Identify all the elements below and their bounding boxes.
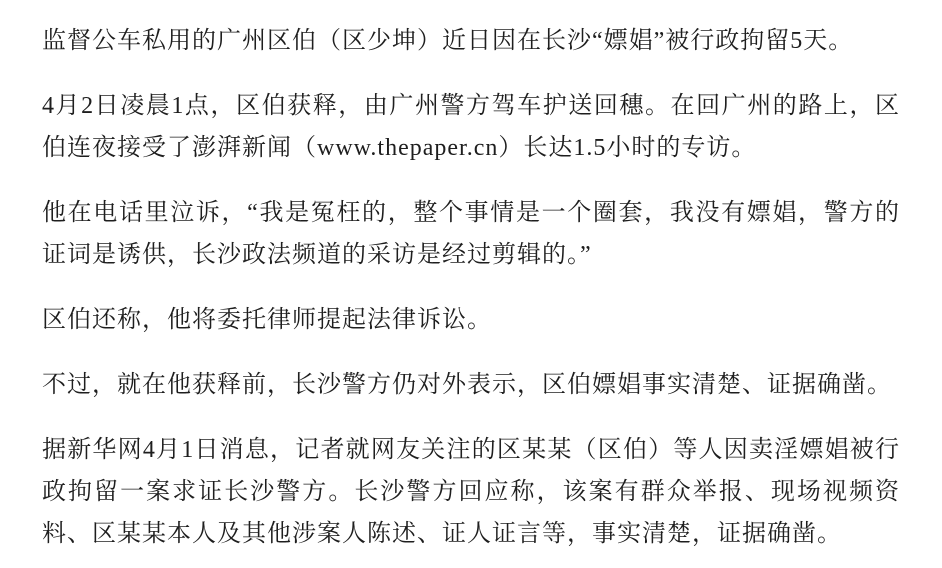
article-paragraph-police-statement: 不过，就在他获释前，长沙警方仍对外表示，区伯嫖娼事实清楚、证据确凿。 <box>42 364 900 406</box>
article-paragraph-release: 4月2日凌晨1点，区伯获释，由广州警方驾车护送回穗。在回广州的路上，区伯连夜接受… <box>42 85 900 169</box>
article-paragraph-lead: 监督公车私用的广州区伯（区少坤）近日因在长沙“嫖娼”被行政拘留5天。 <box>42 20 900 62</box>
article-paragraph-lawsuit: 区伯还称，他将委托律师提起法律诉讼。 <box>42 299 900 341</box>
article-paragraph-quote: 他在电话里泣诉，“我是冤枉的，整个事情是一个圈套，我没有嫖娼，警方的证词是诱供，… <box>42 192 900 276</box>
article-paragraph-xinhua-report: 据新华网4月1日消息，记者就网友关注的区某某（区伯）等人因卖淫嫖娼被行政拘留一案… <box>42 429 900 555</box>
article-body: 监督公车私用的广州区伯（区少坤）近日因在长沙“嫖娼”被行政拘留5天。 4月2日凌… <box>0 0 900 555</box>
